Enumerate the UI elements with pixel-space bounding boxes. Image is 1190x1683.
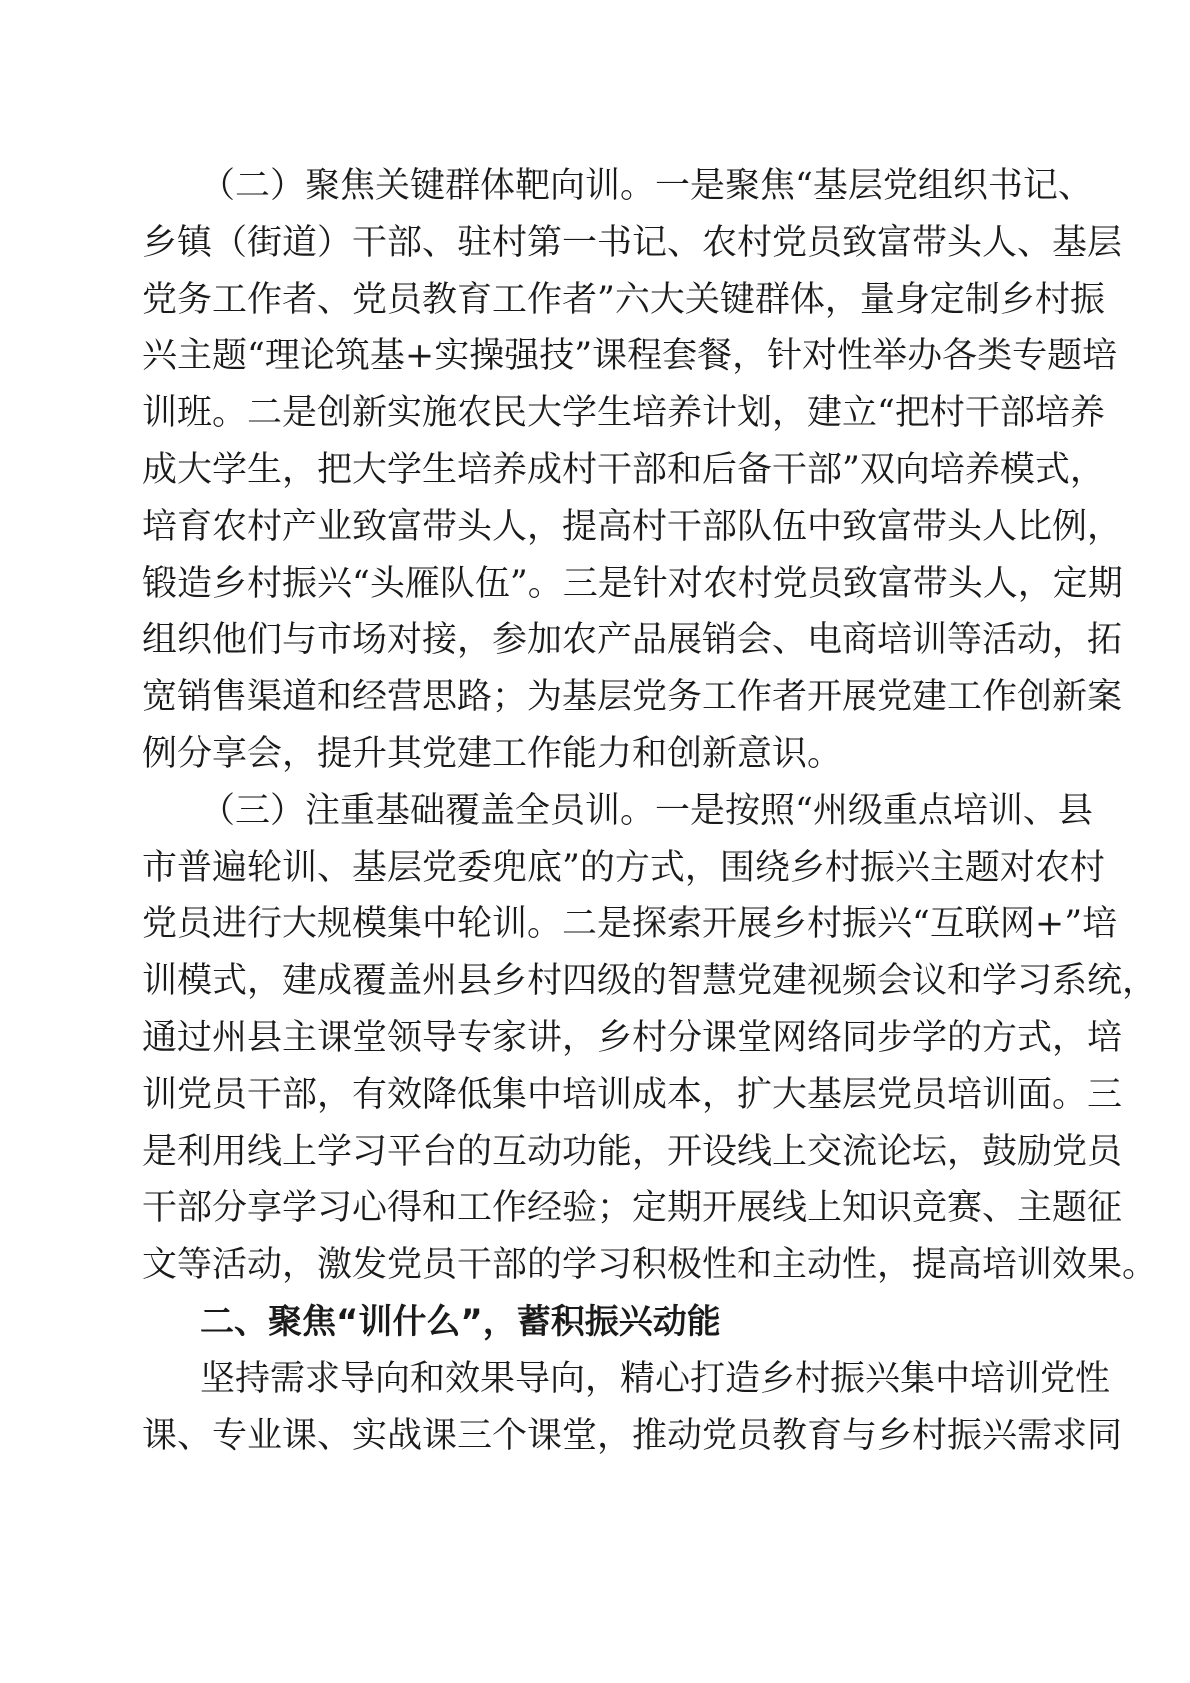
text-line: 训班。二是创新实施农民大学生培养计划，建立“把村干部培养 <box>142 385 982 442</box>
text-line: 文等活动，激发党员干部的学习积极性和主动性，提高培训效果。 <box>142 1237 982 1294</box>
text-line: 组织他们与市场对接，参加农产品展销会、电商培训等活动，拓 <box>142 612 982 669</box>
text-line: 宽销售渠道和经营思路；为基层党务工作者开展党建工作创新案 <box>142 669 982 726</box>
text-line: 通过州县主课堂领导专家讲，乡村分课堂网络同步学的方式，培 <box>142 1010 982 1067</box>
text-line: 训党员干部，有效降低集中培训成本，扩大基层党员培训面。三 <box>142 1067 982 1124</box>
text-line: 锻造乡村振兴“头雁队伍”。三是针对农村党员致富带头人，定期 <box>142 556 982 613</box>
text-line: 乡镇（街道）干部、驻村第一书记、农村党员致富带头人、基层 <box>142 215 982 272</box>
text-line: 训模式，建成覆盖州县乡村四级的智慧党建视频会议和学习系统， <box>142 953 982 1010</box>
text-line: 成大学生，把大学生培养成村干部和后备干部”双向培养模式， <box>142 442 982 499</box>
text-line: 坚持需求导向和效果导向，精心打造乡村振兴集中培训党性 <box>200 1351 982 1408</box>
text-line: 课、专业课、实战课三个课堂，推动党员教育与乡村振兴需求同 <box>142 1408 982 1465</box>
text-line: 是利用线上学习平台的互动功能，开设线上交流论坛，鼓励党员 <box>142 1124 982 1181</box>
text-line: 市普遍轮训、基层党委兜底”的方式，围绕乡村振兴主题对农村 <box>142 840 982 897</box>
text-line: 兴主题“理论筑基+实操强技”课程套餐，针对性举办各类专题培 <box>142 328 982 385</box>
document-page: （二）聚焦关键群体靶向训。一是聚焦“基层党组织书记、乡镇（街道）干部、驻村第一书… <box>0 0 1190 1683</box>
text-line: 党员进行大规模集中轮训。二是探索开展乡村振兴“互联网+”培 <box>142 896 982 953</box>
section-heading: 二、聚焦“训什么”，蓄积振兴动能 <box>200 1294 982 1351</box>
text-line: 例分享会，提升其党建工作能力和创新意识。 <box>142 726 982 783</box>
text-line: （三）注重基础覆盖全员训。一是按照“州级重点培训、县 <box>200 783 982 840</box>
text-line: 培育农村产业致富带头人，提高村干部队伍中致富带头人比例， <box>142 499 982 556</box>
text-line: 党务工作者、党员教育工作者”六大关键群体，量身定制乡村振 <box>142 272 982 329</box>
text-line: 干部分享学习心得和工作经验；定期开展线上知识竞赛、主题征 <box>142 1180 982 1237</box>
text-line: （二）聚焦关键群体靶向训。一是聚焦“基层党组织书记、 <box>200 158 982 215</box>
